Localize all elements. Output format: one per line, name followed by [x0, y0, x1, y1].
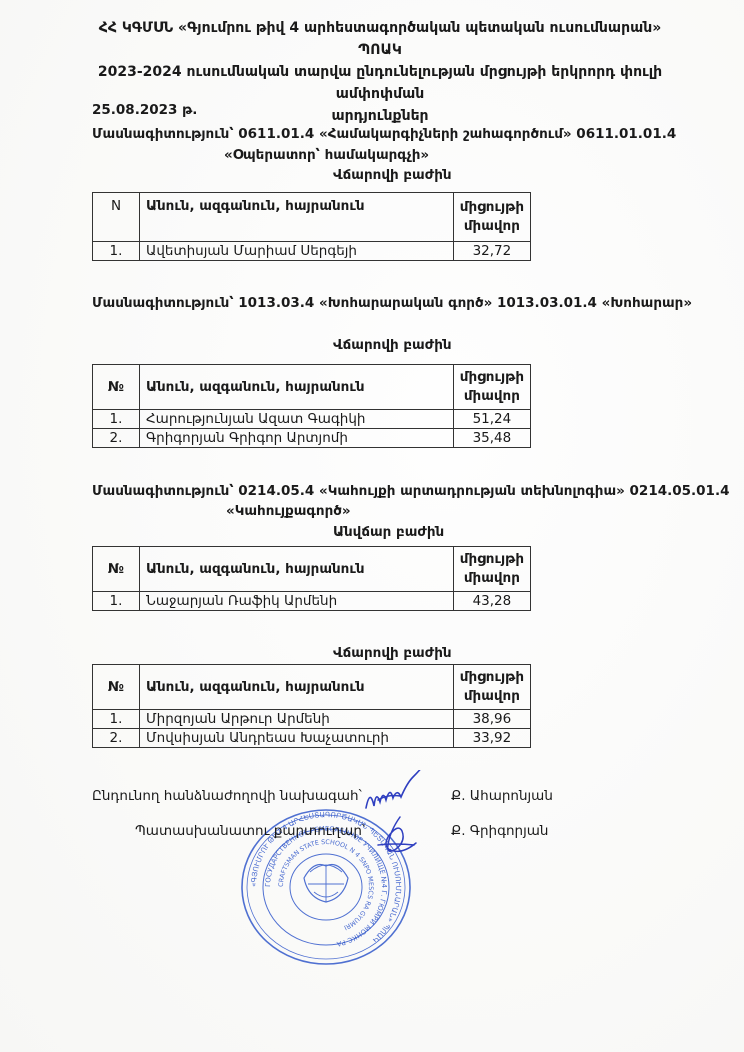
header-score: միցույթիմիավոր: [453, 365, 530, 410]
row-number: 1.: [93, 592, 140, 611]
document-date: 25.08.2023 թ.: [92, 102, 197, 118]
document-page: ՀՀ ԿԳՄՍՆ «Գյումրու թիվ 4 արհեստագործական…: [0, 0, 744, 1052]
header-full-name: Անուն, ազգանուն, հայրանուն: [140, 193, 454, 242]
specialty-1-line-2: «Օպերատոր՝ համակարգչի»: [224, 147, 429, 163]
row-number: 1.: [93, 410, 140, 429]
results-table-1-paid: N Անուն, ազգանուն, հայրանուն միցույթիմիա…: [92, 192, 531, 261]
specialty-3-line-1: Մասնագիտություն՝ 0214.05.4 «Կահույքի արտ…: [92, 483, 729, 499]
section-2-caption-paid: Վճարովի բաժին: [333, 337, 452, 353]
table-header-row: № Անուն, ազգանուն, հայրանուն միցույթիմիա…: [93, 547, 531, 592]
row-number: 2.: [93, 429, 140, 448]
row-score: 51,24: [453, 410, 530, 429]
row-full-name: Հարությունյան Ազատ Գագիկի: [140, 410, 454, 429]
header-full-name: Անուն, ազգանուն, հայրանուն: [140, 365, 454, 410]
header-score: միցույթիմիավոր: [453, 193, 530, 242]
header-number: №: [93, 665, 140, 710]
row-full-name: Մովսիսյան Անդրեաս Խաչատուրի: [140, 729, 454, 748]
signature-name-secretary: Ք. Գրիգորյան: [451, 823, 548, 839]
section-3-caption-free: Անվճար բաժին: [333, 524, 444, 540]
section-1-caption-paid: Վճարովի բաժին: [333, 167, 452, 183]
section-3-caption-paid: Վճարովի բաժին: [333, 645, 452, 661]
specialty-3-line-2: «Կահույքագործ»: [226, 503, 351, 519]
header-score: միցույթիմիավոր: [453, 665, 530, 710]
row-full-name: Նաջարյան Ռաֆիկ Արմենի: [140, 592, 454, 611]
row-score: 33,92: [453, 729, 530, 748]
header-score: միցույթիմիավոր: [453, 547, 530, 592]
header-full-name: Անուն, ազգանուն, հայրանուն: [140, 547, 454, 592]
header-number: N: [93, 193, 140, 242]
row-score: 35,48: [453, 429, 530, 448]
header-number: №: [93, 547, 140, 592]
signature-secretary-icon: [370, 815, 430, 860]
results-table-4-paid: № Անուն, ազգանուն, հայրանուն միցույթիմիա…: [92, 664, 531, 748]
table-row: 2. Մովսիսյան Անդրեաս Խաչատուրի 33,92: [93, 729, 531, 748]
row-number: 1.: [93, 710, 140, 729]
results-table-2-paid: № Անուն, ազգանուն, հայրանուն միցույթիմիա…: [92, 364, 531, 448]
row-number: 2.: [93, 729, 140, 748]
header-number: №: [93, 365, 140, 410]
table-row: 1. Հարությունյան Ազատ Գագիկի 51,24: [93, 410, 531, 429]
title-line-2: 2023-2024 ուսումնական տարվա ընդունելությ…: [80, 61, 680, 105]
title-line-1: ՀՀ ԿԳՄՍՆ «Գյումրու թիվ 4 արհեստագործական…: [80, 17, 680, 61]
table-row: 1. Միրզոյան Արթուր Արմենի 38,96: [93, 710, 531, 729]
row-full-name: Գրիգորյան Գրիգոր Արտյոմի: [140, 429, 454, 448]
signature-chair-icon: [360, 770, 440, 820]
table-header-row: № Անուն, ազգանուն, հայրանուն միցույթիմիա…: [93, 665, 531, 710]
table-header-row: N Անուն, ազգանուն, հայրանուն միցույթիմիա…: [93, 193, 531, 242]
row-number: 1.: [93, 242, 140, 261]
row-score: 43,28: [453, 592, 530, 611]
row-full-name: Ավետիսյան Մարիամ Սերգեյի: [140, 242, 454, 261]
row-score: 32,72: [453, 242, 530, 261]
header-full-name: Անուն, ազգանուն, հայրանուն: [140, 665, 454, 710]
row-score: 38,96: [453, 710, 530, 729]
table-header-row: № Անուն, ազգանուն, հայրանուն միցույթիմիա…: [93, 365, 531, 410]
signature-name-chair: Ք. Ահարոնյան: [451, 788, 553, 804]
signature-role-secretary: Պատասխանատու քարտուղար՝: [135, 823, 365, 839]
table-row: 1. Ավետիսյան Մարիամ Սերգեյի 32,72: [93, 242, 531, 261]
results-table-3-free: № Անուն, ազգանուն, հայրանուն միցույթիմիա…: [92, 546, 531, 611]
signature-role-chair: Ընդունող հանձնաժողովի նախագահ՝: [92, 788, 362, 804]
row-full-name: Միրզոյան Արթուր Արմենի: [140, 710, 454, 729]
table-row: 1. Նաջարյան Ռաֆիկ Արմենի 43,28: [93, 592, 531, 611]
table-row: 2. Գրիգորյան Գրիգոր Արտյոմի 35,48: [93, 429, 531, 448]
specialty-1-line-1: Մասնագիտություն՝ 0611.01.4 «Համակարգիչնե…: [92, 126, 676, 142]
specialty-2-line-1: Մասնագիտություն՝ 1013.03.4 «Խոհարարական …: [92, 295, 692, 311]
